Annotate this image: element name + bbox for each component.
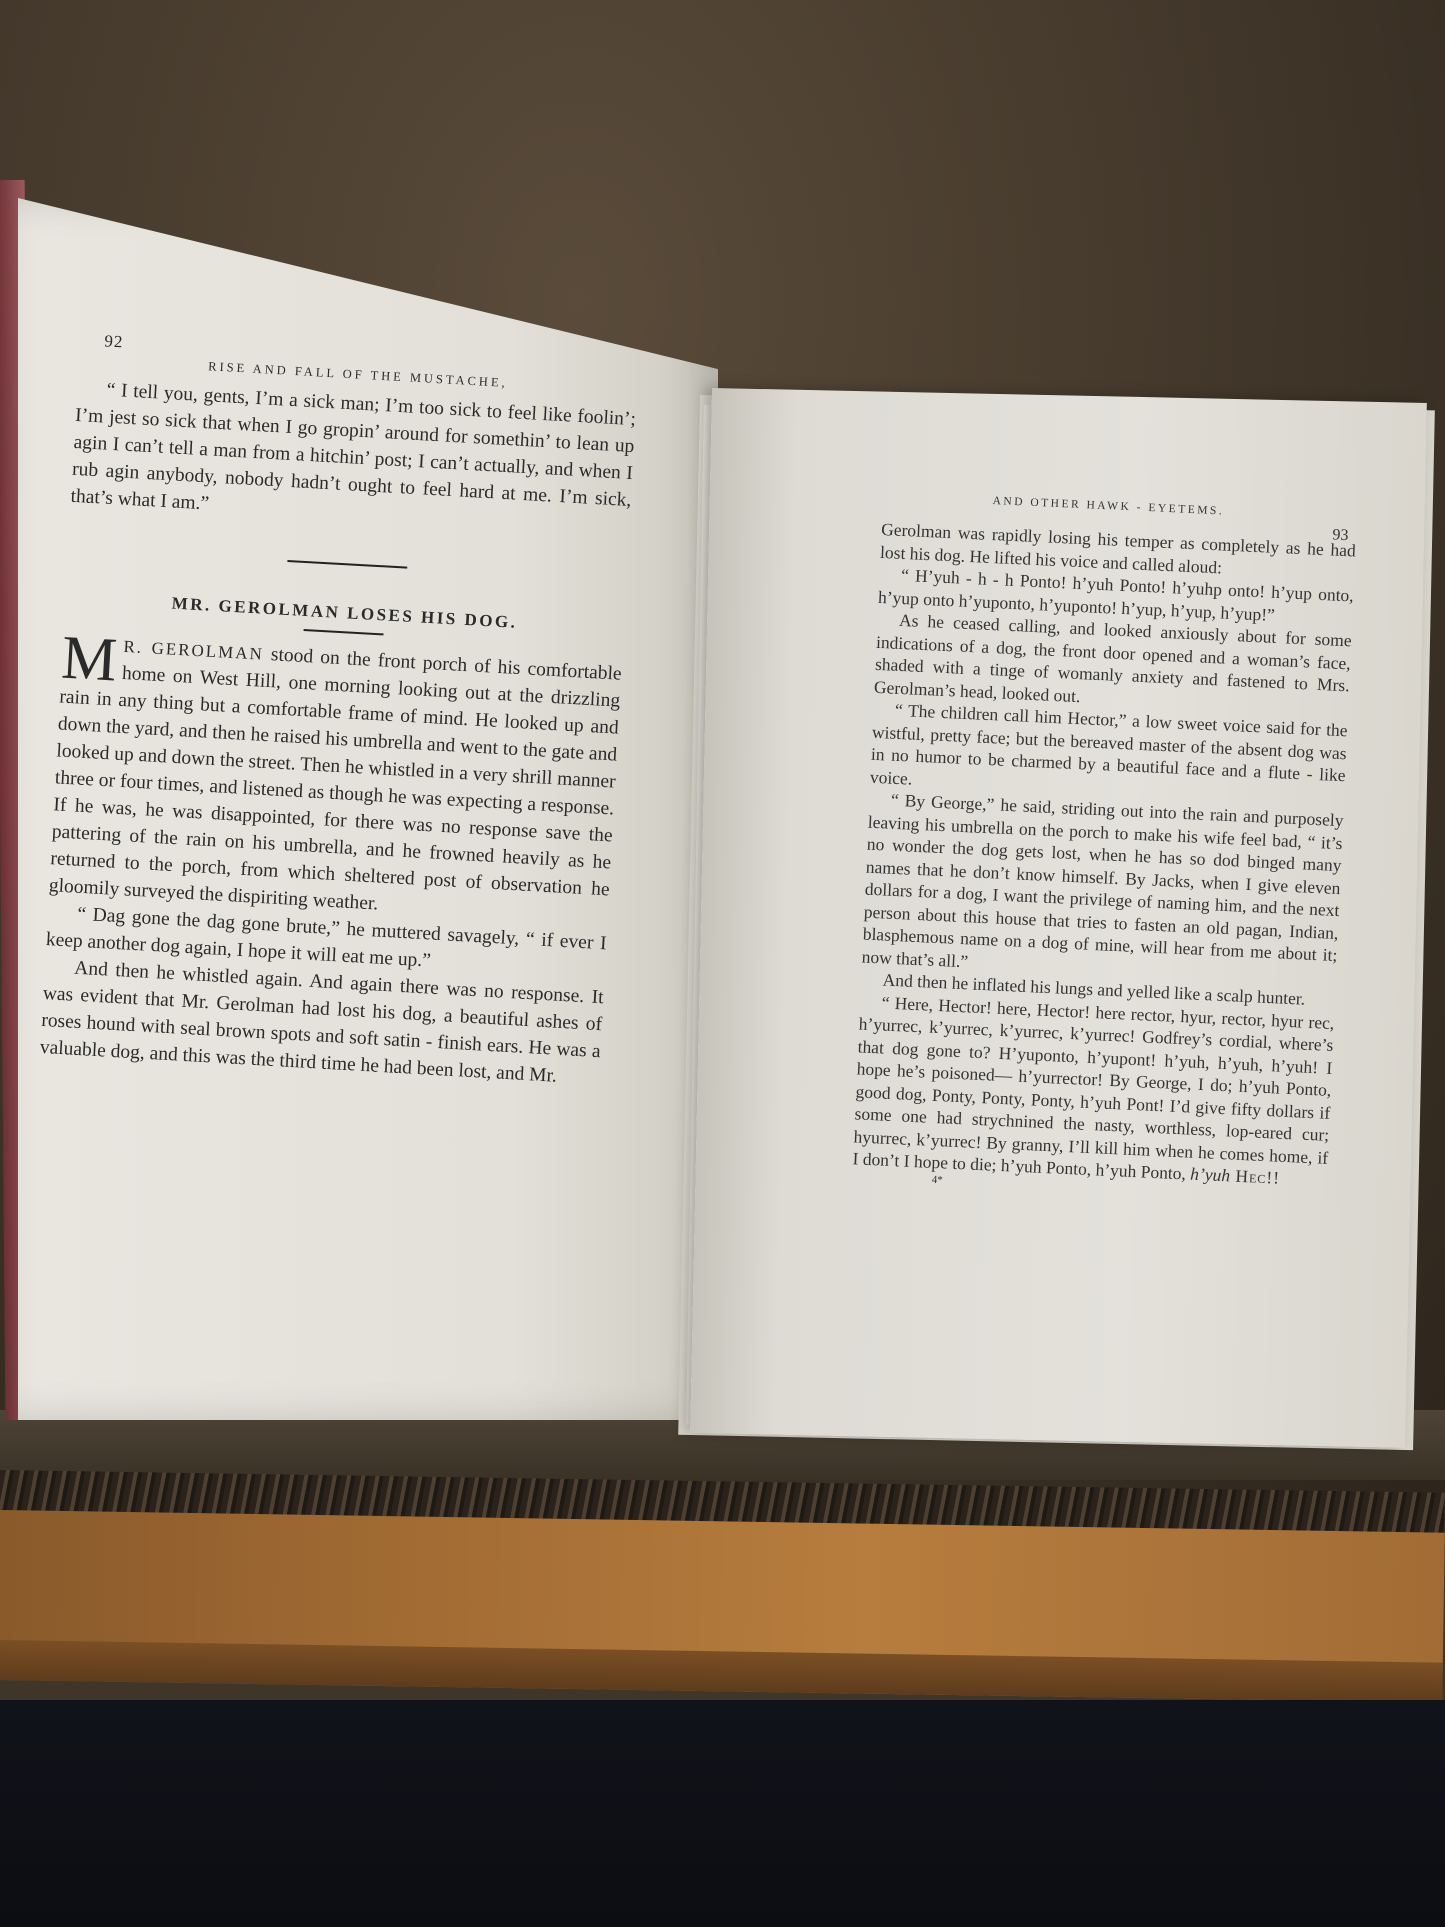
final-paragraph: “ Here, Hector! here, Hector! here recto…: [852, 990, 1335, 1191]
closing-italic: h’yuh: [1190, 1164, 1231, 1186]
final-text: “ Here, Hector! here, Hector! here recto…: [852, 992, 1335, 1184]
opening-text: stood on the front porch of his comforta…: [48, 643, 622, 914]
right-page-content: AND OTHER HAWK - EYETEMS. 93 Gerolman wa…: [852, 490, 1358, 1203]
wooden-table-edge: [0, 1510, 1445, 1703]
page-number-right: 93: [1332, 526, 1349, 545]
left-page-content: 92 RISE AND FALL OF THE MUSTACHE, “ I te…: [39, 330, 639, 1092]
drop-cap: M: [60, 633, 118, 684]
quote-paragraph: “ I tell you, gents, I’m a sick man; I’m…: [70, 375, 637, 541]
paragraph: “ By George,” he said, striding out into…: [861, 788, 1344, 989]
opening-paragraph: MR. GEROLMAN stood on the front porch of…: [48, 629, 622, 930]
closing-smallcaps: Hec!!: [1230, 1165, 1281, 1187]
title-underline: [304, 629, 384, 635]
section-divider: [287, 560, 407, 569]
dark-cloth-background: [0, 1700, 1445, 1927]
opening-smallcaps: R. GEROLMAN: [123, 636, 264, 663]
